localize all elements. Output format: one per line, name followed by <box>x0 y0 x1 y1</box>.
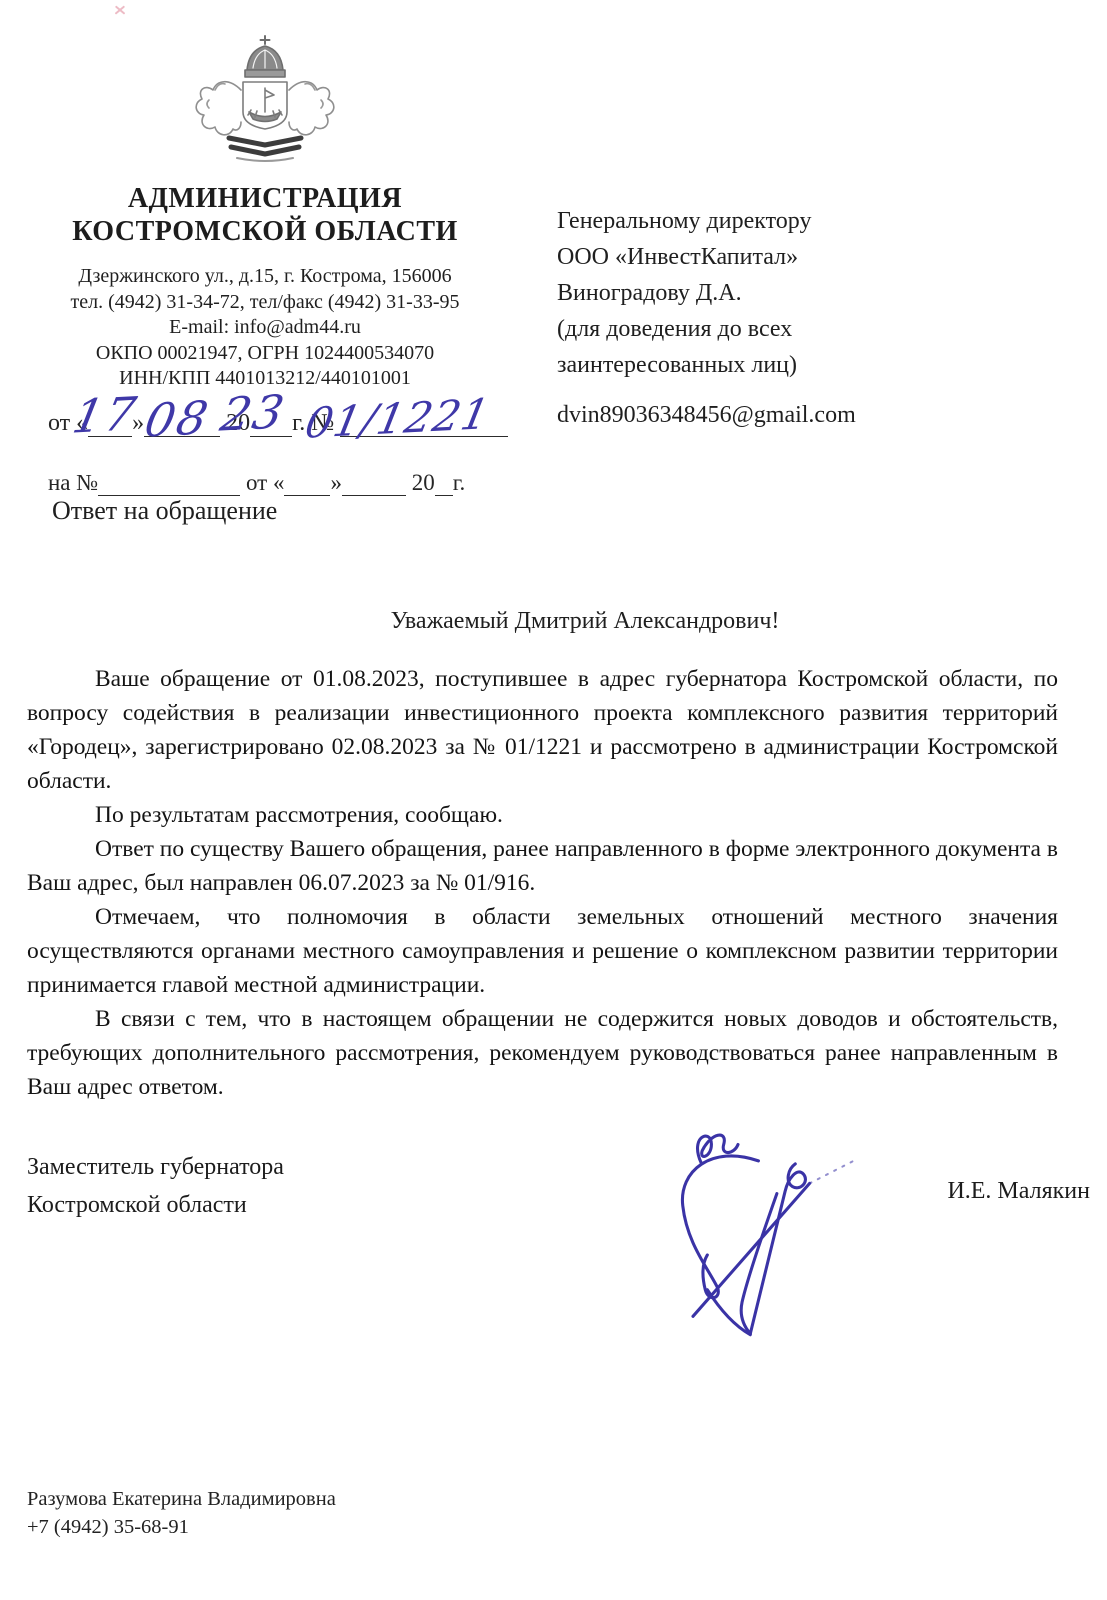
signer-position-line1: Заместитель губернатора <box>27 1148 284 1186</box>
blank-ref-day <box>284 471 330 496</box>
letterhead-phone: тел. (4942) 31-34-72, тел/факс (4942) 31… <box>30 290 500 316</box>
signer-name: И.Е. Малякин <box>860 1178 1090 1205</box>
letterhead-email: E-mail: info@adm44.ru <box>30 315 500 341</box>
handwritten-month: 08 <box>140 390 214 447</box>
org-name-line1: АДМИНИСТРАЦИЯ <box>30 182 500 215</box>
salutation: Уважаемый Дмитрий Александрович! <box>63 608 1107 635</box>
signature-icon <box>648 1122 873 1347</box>
recipient-email: dvin89036348456@gmail.com <box>557 397 1027 433</box>
ref-g: г. <box>453 470 466 496</box>
recipient-title: Генеральному директору <box>557 203 1027 239</box>
body-paragraph-3: Ответ по существу Вашего обращения, ране… <box>27 832 1058 900</box>
incoming-reference-line: на № от «» 20г. <box>48 470 465 496</box>
organization-name: АДМИНИСТРАЦИЯ КОСТРОМСКОЙ ОБЛАСТИ <box>30 182 500 248</box>
recipient-person: Виноградову Д.А. <box>557 275 1027 311</box>
executor-block: Разумова Екатерина Владимировна +7 (4942… <box>27 1485 336 1541</box>
executor-name: Разумова Екатерина Владимировна <box>27 1485 336 1513</box>
blank-ref-number <box>98 471 240 496</box>
letterhead-okpo-ogrn: ОКПО 00021947, ОГРН 1024400534070 <box>30 341 500 367</box>
executor-phone: +7 (4942) 35-68-91 <box>27 1513 336 1541</box>
letterhead-address: Дзержинского ул., д.15, г. Кострома, 156… <box>30 264 500 290</box>
recipient-block: Генеральному директору ООО «ИнвестКапита… <box>557 203 1027 433</box>
handwritten-year: 23 <box>216 384 290 441</box>
letter-body: Ваше обращение от 01.08.2023, поступивше… <box>27 662 1058 1104</box>
recipient-company: ООО «ИнвестКапитал» <box>557 239 1027 275</box>
recipient-note-line1: (для доведения до всех <box>557 311 1027 347</box>
coat-of-arms-icon <box>185 30 345 170</box>
scanned-letter-page: АДМИНИСТРАЦИЯ КОСТРОМСКОЙ ОБЛАСТИ Дзержи… <box>0 0 1107 1600</box>
ref-na-no: на № <box>48 470 98 496</box>
blank-ref-month <box>342 471 406 496</box>
handwritten-reg-number: 01/1221 <box>301 389 494 447</box>
letterhead-contacts: Дзержинского ул., д.15, г. Кострома, 156… <box>30 264 500 392</box>
recipient-note-line2: заинтересованных лиц) <box>557 347 1027 383</box>
handwritten-day: 17 <box>68 386 142 443</box>
blank-ref-year <box>435 471 453 496</box>
body-paragraph-2: По результатам рассмотрения, сообщаю. <box>27 798 1058 832</box>
ref-ot: от « <box>246 470 285 496</box>
signer-position: Заместитель губернатора Костромской обла… <box>27 1148 284 1224</box>
ref-year-prefix: 20 <box>412 470 435 496</box>
letter-subject: Ответ на обращение <box>52 496 277 526</box>
red-pen-mark-icon <box>112 3 128 17</box>
org-name-line2: КОСТРОМСКОЙ ОБЛАСТИ <box>30 215 500 248</box>
body-paragraph-1: Ваше обращение от 01.08.2023, поступивше… <box>27 662 1058 798</box>
body-paragraph-4: Отмечаем, что полномочия в области земел… <box>27 900 1058 1002</box>
ref-quote-close: » <box>330 470 342 496</box>
body-paragraph-5: В связи с тем, что в настоящем обращении… <box>27 1002 1058 1104</box>
signer-position-line2: Костромской области <box>27 1186 284 1224</box>
